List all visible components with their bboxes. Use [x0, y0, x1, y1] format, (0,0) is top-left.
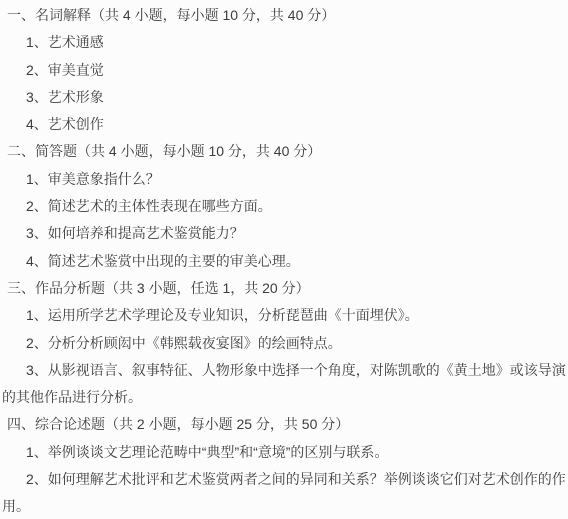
exam-paper: 一、名词解释（共 4 小题，每小题 10 分，共 40 分） 1、艺术通感 2、…: [0, 0, 568, 519]
section-heading: 四、综合论述题（共 2 小题，每小题 25 分，共 50 分）: [2, 411, 568, 438]
section-term-explanation: 一、名词解释（共 4 小题，每小题 10 分，共 40 分） 1、艺术通感 2、…: [2, 2, 568, 138]
question-item: 2、分析分析顾闳中《韩熙载夜宴图》的绘画特点。: [2, 330, 568, 357]
question-item: 3、艺术形象: [2, 84, 568, 111]
section-heading: 三、作品分析题（共 3 小题，任选 1，共 20 分）: [2, 275, 568, 302]
section-short-answer: 二、简答题（共 4 小题，每小题 10 分，共 40 分） 1、审美意象指什么？…: [2, 138, 568, 274]
question-item: 3、如何培养和提高艺术鉴赏能力？: [2, 220, 568, 247]
question-item: 1、举例谈谈文艺理论范畴中“典型”和“意境”的区别与联系。: [2, 439, 568, 466]
section-work-analysis: 三、作品分析题（共 3 小题，任选 1，共 20 分） 1、运用所学艺术学理论及…: [2, 275, 568, 411]
section-heading: 一、名词解释（共 4 小题，每小题 10 分，共 40 分）: [2, 2, 568, 29]
question-item: 1、审美意象指什么？: [2, 166, 568, 193]
section-comprehensive-essay: 四、综合论述题（共 2 小题，每小题 25 分，共 50 分） 1、举例谈谈文艺…: [2, 411, 568, 519]
question-item: 3、从影视语言、叙事特征、人物形象中选择一个角度，对陈凯歌的《黄土地》或该导演的…: [2, 357, 568, 412]
question-item: 2、如何理解艺术批评和艺术鉴赏两者之间的异同和关系？举例谈谈它们对艺术创作的作用…: [2, 466, 568, 519]
section-heading: 二、简答题（共 4 小题，每小题 10 分，共 40 分）: [2, 138, 568, 165]
question-item: 2、审美直觉: [2, 57, 568, 84]
question-item: 4、简述艺术鉴赏中出现的主要的审美心理。: [2, 248, 568, 275]
question-item: 2、简述艺术的主体性表现在哪些方面。: [2, 193, 568, 220]
question-item: 1、艺术通感: [2, 29, 568, 56]
question-item: 1、运用所学艺术学理论及专业知识，分析琵琶曲《十面埋伏》。: [2, 302, 568, 329]
question-item: 4、艺术创作: [2, 111, 568, 138]
